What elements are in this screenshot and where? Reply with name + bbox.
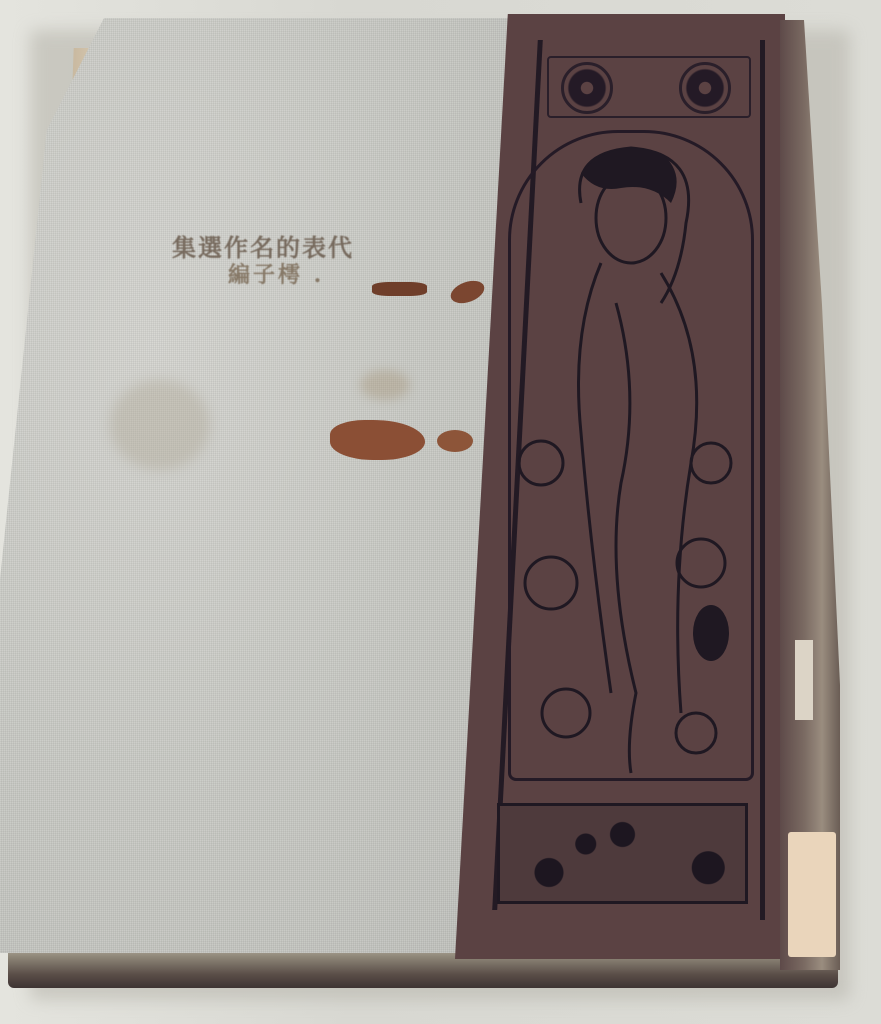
ornament-bottom <box>497 803 748 904</box>
spine-sticker <box>795 640 813 720</box>
brown-stain <box>372 282 427 296</box>
brown-stain <box>330 420 425 460</box>
cloth-cover <box>0 18 520 953</box>
woman-figure-icon <box>511 133 751 778</box>
book-author: 編子樗 . <box>228 258 324 289</box>
brown-stain <box>437 430 473 452</box>
water-stain <box>360 370 410 400</box>
ornament-top <box>547 56 751 118</box>
spine-tape-patch <box>788 832 836 957</box>
water-stain <box>110 380 210 470</box>
rosette-icon <box>679 62 731 114</box>
art-nouveau-figure-illustration <box>508 130 754 781</box>
panel-border-right <box>760 40 765 920</box>
rosette-icon <box>561 62 613 114</box>
